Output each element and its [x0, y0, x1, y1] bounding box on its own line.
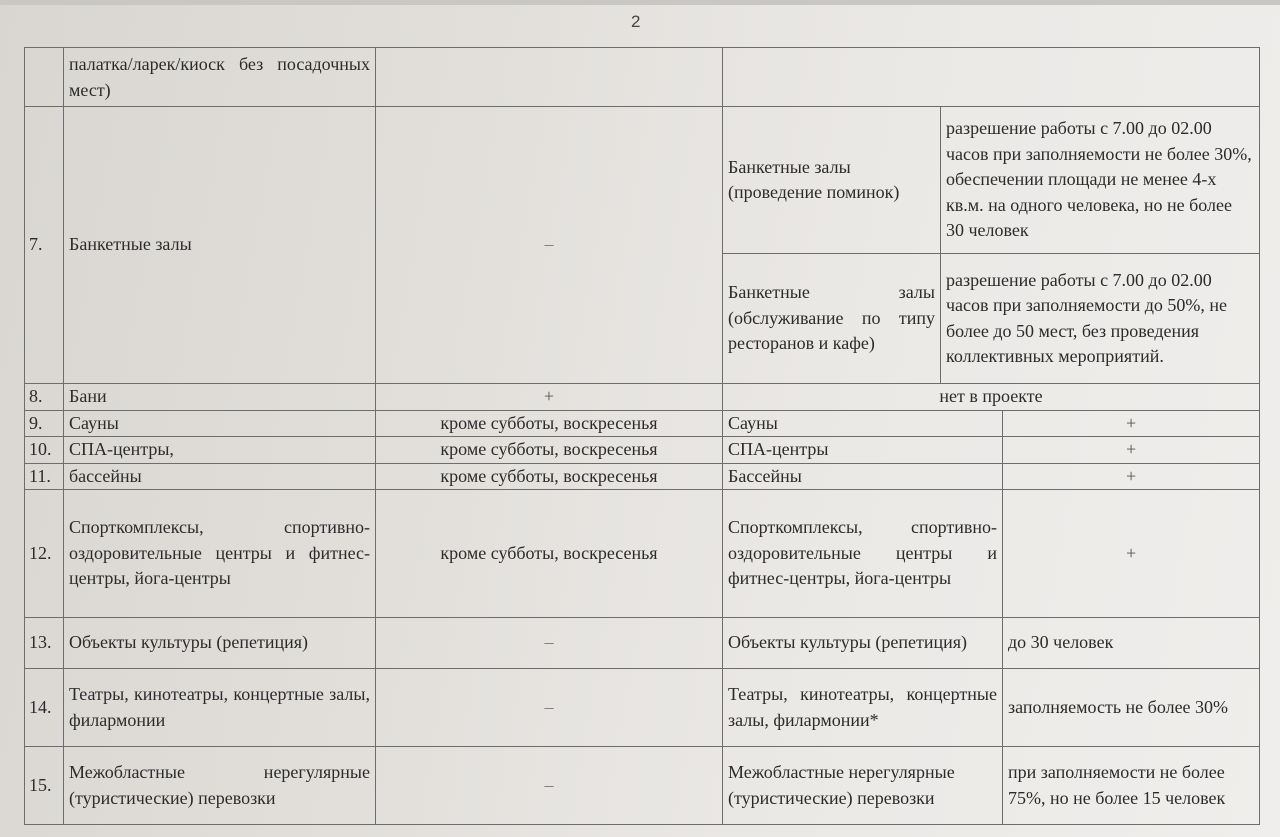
project-condition: разрешение работы с 7.00 до 02.00 часов … — [941, 254, 1260, 384]
object-name: Театры, кинотеатры, концертные залы, фил… — [64, 669, 376, 747]
project-condition: + — [1003, 437, 1260, 464]
object-name: палатка/ларек/киоск без посадочных мест) — [64, 48, 376, 107]
row-number: 10. — [25, 437, 64, 464]
project-object-name: Сауны — [723, 410, 1003, 437]
project-condition: разрешение работы с 7.00 до 02.00 часов … — [941, 107, 1260, 254]
table-row: 7. Банкетные залы – Банкетные залы (пров… — [25, 107, 1260, 254]
page-number: 2 — [631, 12, 640, 32]
project-condition: + — [1003, 490, 1260, 618]
restriction: – — [376, 747, 723, 825]
project-object-name: Объекты культуры (репетиция) — [723, 618, 1003, 669]
project-condition: + — [1003, 463, 1260, 490]
project-condition: заполняемость не более 30% — [1003, 669, 1260, 747]
project-object-name: Межобластные нерегулярные (туристические… — [723, 747, 1003, 825]
table-row: 8. Бани + нет в проекте — [25, 384, 1260, 411]
object-name: Бани — [64, 384, 376, 411]
row-number: 8. — [25, 384, 64, 411]
project-object-name: Банкетные залы (проведение поминок) — [723, 107, 941, 254]
restriction: – — [376, 669, 723, 747]
row-number: 7. — [25, 107, 64, 384]
project-object-name: Банкетные залы (обслуживание по типу рес… — [723, 254, 941, 384]
project-condition: + — [1003, 410, 1260, 437]
object-name: Спорткомплексы, спортивно-оздоровительны… — [64, 490, 376, 618]
screen-top-edge — [0, 0, 1280, 5]
object-name: Сауны — [64, 410, 376, 437]
row-number — [25, 48, 64, 107]
row-number: 11. — [25, 463, 64, 490]
restriction: кроме субботы, воскресенья — [376, 490, 723, 618]
table-row: 11. бассейны кроме субботы, воскресенья … — [25, 463, 1260, 490]
project-object-name: СПА-центры — [723, 437, 1003, 464]
row-number: 12. — [25, 490, 64, 618]
project-object-name: Бассейны — [723, 463, 1003, 490]
project-cell — [723, 48, 1260, 107]
project-object-name: Спорткомплексы, спортивно-оздоровительны… — [723, 490, 1003, 618]
project-condition: при заполняемости не более 75%, но не бо… — [1003, 747, 1260, 825]
object-name: СПА-центры, — [64, 437, 376, 464]
restriction: + — [376, 384, 723, 411]
restriction: кроме субботы, воскресенья — [376, 410, 723, 437]
table-row: 12. Спорткомплексы, спортивно-оздоровите… — [25, 490, 1260, 618]
project-object-name: Театры, кинотеатры, концертные залы, фил… — [723, 669, 1003, 747]
project-condition: до 30 человек — [1003, 618, 1260, 669]
project-status: нет в проекте — [723, 384, 1260, 411]
restriction — [376, 48, 723, 107]
row-number: 9. — [25, 410, 64, 437]
restriction: кроме субботы, воскресенья — [376, 437, 723, 464]
object-name: Межобластные нерегулярные (туристические… — [64, 747, 376, 825]
restrictions-table: палатка/ларек/киоск без посадочных мест)… — [24, 47, 1260, 825]
table-row: 15. Межобластные нерегулярные (туристиче… — [25, 747, 1260, 825]
table-row: палатка/ларек/киоск без посадочных мест) — [25, 48, 1260, 107]
table-row: 13. Объекты культуры (репетиция) – Объек… — [25, 618, 1260, 669]
table-row: 14. Театры, кинотеатры, концертные залы,… — [25, 669, 1260, 747]
table-row: 9. Сауны кроме субботы, воскресенья Саун… — [25, 410, 1260, 437]
row-number: 13. — [25, 618, 64, 669]
row-number: 14. — [25, 669, 64, 747]
restriction: – — [376, 107, 723, 384]
restriction: – — [376, 618, 723, 669]
restriction: кроме субботы, воскресенья — [376, 463, 723, 490]
object-name: бассейны — [64, 463, 376, 490]
object-name: Банкетные залы — [64, 107, 376, 384]
table-row: 10. СПА-центры, кроме субботы, воскресен… — [25, 437, 1260, 464]
row-number: 15. — [25, 747, 64, 825]
object-name: Объекты культуры (репетиция) — [64, 618, 376, 669]
